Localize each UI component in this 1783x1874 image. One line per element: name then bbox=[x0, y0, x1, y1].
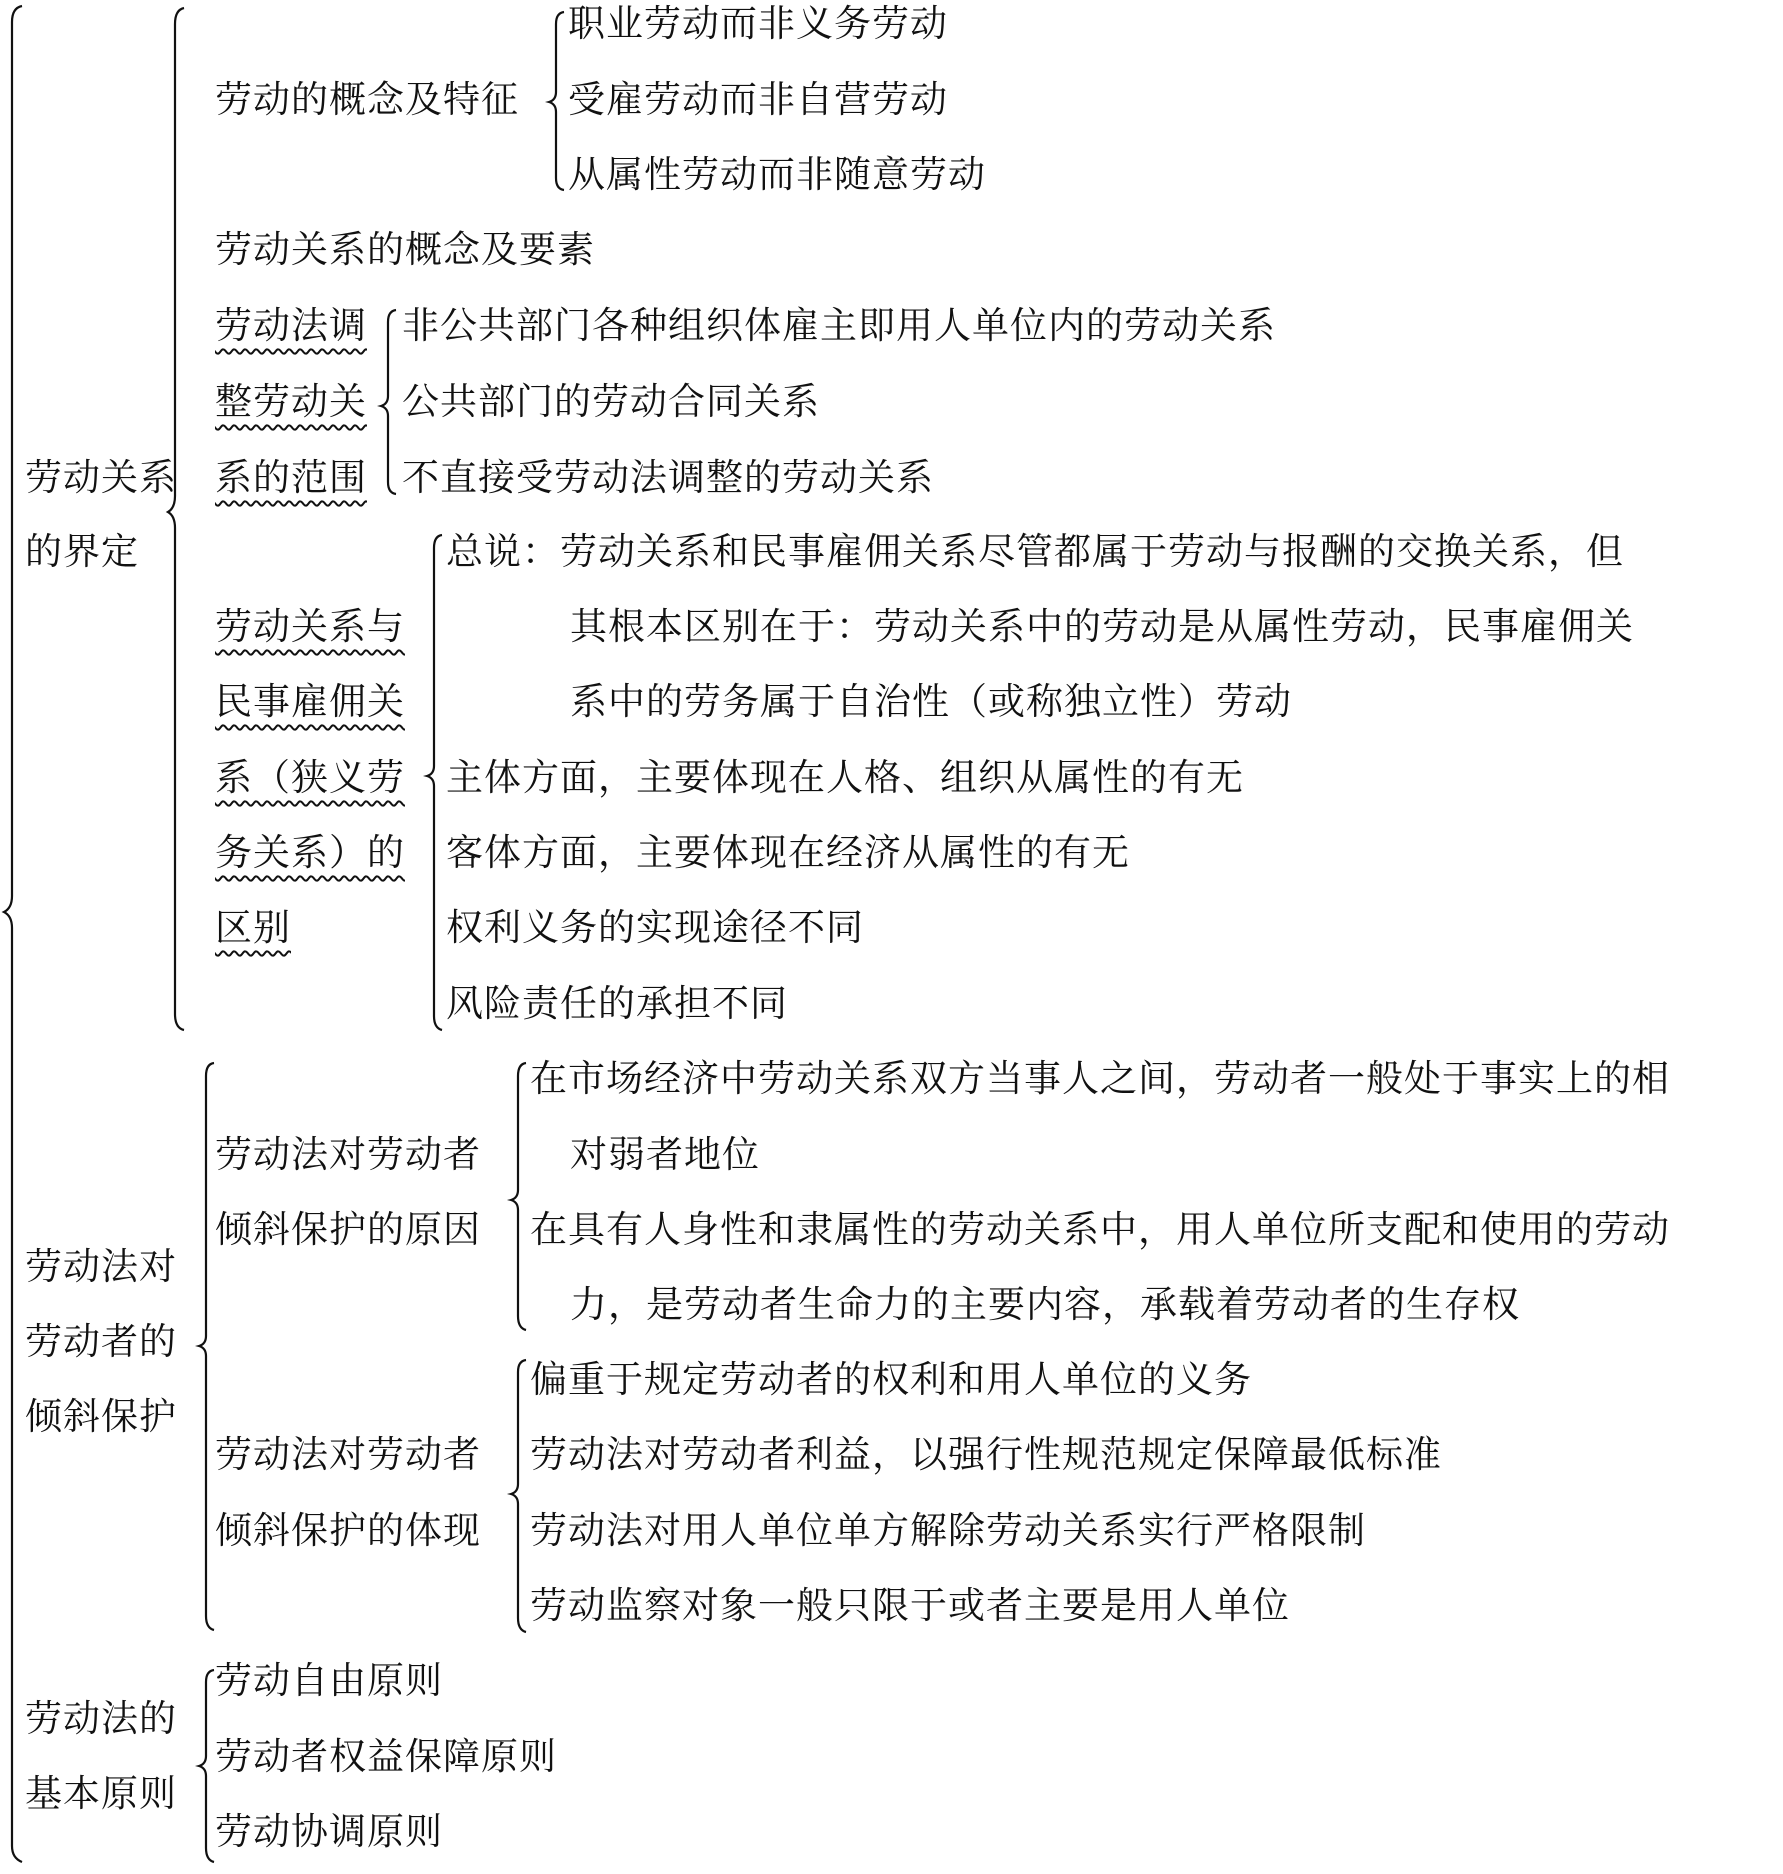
leaf-item: 劳动监察对象一般只限于或者主要是用人单位 bbox=[530, 1584, 1290, 1628]
section-title-line: 劳动关系 bbox=[25, 456, 177, 500]
node-label: 劳动关系的概念及要素 bbox=[215, 228, 595, 272]
leaf-item: 职业劳动而非义务劳动 bbox=[568, 2, 948, 46]
concept-brace bbox=[546, 0, 570, 200]
root-brace bbox=[0, 0, 30, 1874]
leaf-item: 风险责任的承担不同 bbox=[446, 982, 788, 1026]
section-title-line: 基本原则 bbox=[25, 1772, 177, 1816]
section-title-line: 的界定 bbox=[25, 530, 139, 574]
leaf-item: 主体方面，主要体现在人格、组织从属性的有无 bbox=[446, 756, 1244, 800]
node-label-line: 劳动法调 bbox=[215, 304, 367, 348]
leaf-item-cont: 对弱者地位 bbox=[570, 1133, 760, 1177]
leaf-item: 非公共部门各种组织体雇主即用人单位内的劳动关系 bbox=[402, 304, 1276, 348]
leaf-item: 劳动法对用人单位单方解除劳动关系实行严格限制 bbox=[530, 1509, 1366, 1553]
node-label-line: 劳动法对劳动者 bbox=[215, 1433, 481, 1477]
node-label-line: 系的范围 bbox=[215, 456, 367, 500]
leaf-item: 劳动协调原则 bbox=[215, 1810, 443, 1854]
leaf-item: 受雇劳动而非自营劳动 bbox=[568, 78, 948, 122]
scope-brace bbox=[378, 300, 402, 510]
node-label-line: 系（狭义劳 bbox=[215, 756, 405, 800]
leaf-item-cont: 力，是劳动者生命力的主要内容，承载着劳动者的生存权 bbox=[570, 1283, 1520, 1327]
node-label-line: 区别 bbox=[215, 906, 291, 950]
node-label-line: 倾斜保护的体现 bbox=[215, 1509, 481, 1553]
leaf-item: 在具有人身性和隶属性的劳动关系中，用人单位所支配和使用的劳动 bbox=[530, 1208, 1670, 1252]
leaf-item-cont: 系中的劳务属于自治性（或称独立性）劳动 bbox=[570, 680, 1292, 724]
leaf-item: 公共部门的劳动合同关系 bbox=[402, 380, 820, 424]
node-label-line: 整劳动关 bbox=[215, 380, 367, 424]
section-title-line: 倾斜保护 bbox=[25, 1395, 177, 1439]
leaf-item: 偏重于规定劳动者的权利和用人单位的义务 bbox=[530, 1358, 1252, 1402]
leaf-item: 不直接受劳动法调整的劳动关系 bbox=[402, 456, 934, 500]
section1-brace bbox=[160, 0, 190, 1040]
node-label-line: 劳动关系与 bbox=[215, 605, 405, 649]
section-title-line: 劳动者的 bbox=[25, 1320, 177, 1364]
leaf-item-cont: 其根本区别在于：劳动关系中的劳动是从属性劳动，民事雇佣关 bbox=[570, 605, 1634, 649]
leaf-item: 在市场经济中劳动关系双方当事人之间，劳动者一般处于事实上的相 bbox=[530, 1057, 1670, 1101]
node-label-line: 劳动法对劳动者 bbox=[215, 1133, 481, 1177]
section-title-line: 劳动法的 bbox=[25, 1697, 177, 1741]
node-label-line: 倾斜保护的原因 bbox=[215, 1208, 481, 1252]
leaf-item: 权利义务的实现途径不同 bbox=[446, 906, 864, 950]
leaf-item: 客体方面，主要体现在经济从属性的有无 bbox=[446, 831, 1130, 875]
distinction-brace bbox=[424, 530, 448, 1040]
node-label-line: 务关系）的 bbox=[215, 831, 405, 875]
manifestations-brace bbox=[508, 1356, 532, 1636]
leaf-item: 劳动自由原则 bbox=[215, 1659, 443, 1703]
node-label-line: 民事雇佣关 bbox=[215, 680, 405, 724]
leaf-item: 从属性劳动而非随意劳动 bbox=[568, 153, 986, 197]
leaf-item: 劳动法对劳动者利益，以强行性规范规定保障最低标准 bbox=[530, 1433, 1442, 1477]
section-title-line: 劳动法对 bbox=[25, 1245, 177, 1289]
reasons-brace bbox=[508, 1060, 532, 1340]
leaf-item: 劳动者权益保障原则 bbox=[215, 1735, 557, 1779]
leaf-item: 总说：劳动关系和民事雇佣关系尽管都属于劳动与报酬的交换关系，但 bbox=[446, 530, 1624, 574]
node-label: 劳动的概念及特征 bbox=[215, 78, 519, 122]
